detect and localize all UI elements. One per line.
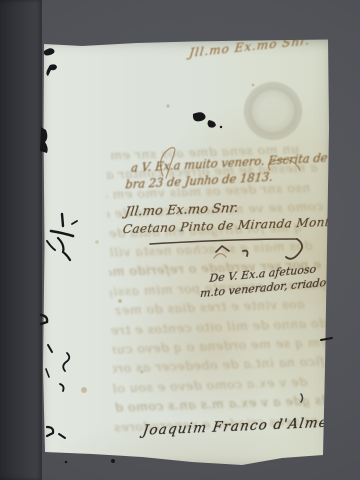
scanned-letter-page: un mo sena dme aos snr em q se vea mesma… bbox=[0, 0, 360, 480]
binding-gutter bbox=[0, 0, 42, 480]
embossed-seal-stamp bbox=[244, 82, 302, 140]
paper-sheet: un mo sena dme aos snr em q se vea mesma… bbox=[42, 38, 332, 468]
salutation-top: Jll.mo Ex.mo Snr. bbox=[189, 33, 312, 60]
